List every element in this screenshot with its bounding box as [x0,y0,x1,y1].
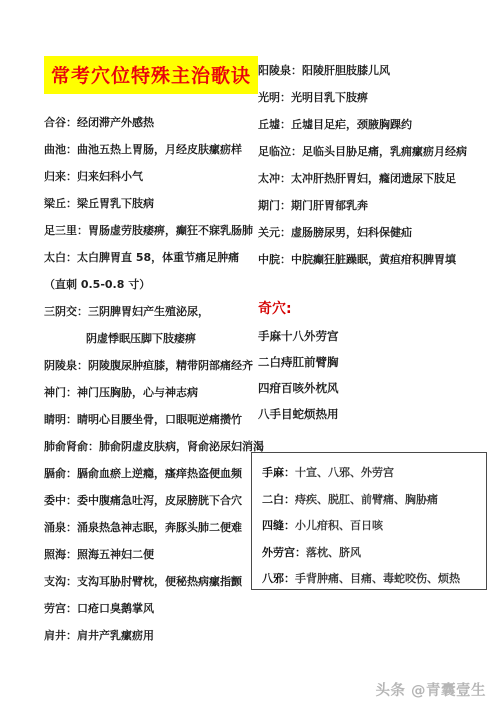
extra-point-line: 四疳百咳外枕风 [258,375,458,401]
point-line-zhaohai: 照海：照海五神妇二便 [44,541,264,568]
summary-row-label: 外劳宫： [262,546,306,559]
toutiao-watermark: 头条 @青囊壹生 [375,679,486,700]
extra-points-heading: 奇穴: [258,298,292,318]
extra-point-line: 手麻十八外劳宫 [258,323,458,349]
point-line-yinlingquan: 阴陵泉：阴陵腹尿肿疸膝，精带阴部痛经齐 [44,352,264,379]
summary-row-content: 小儿疳积、百日咳 [295,519,383,532]
left-column: 合谷：经闭滞产外感热 曲池：曲池五热上胃肠，月经皮肤瘰疬样 归来：归来妇科小气 … [44,109,264,649]
point-line-guilai: 归来：归来妇科小气 [44,163,264,190]
point-line-taibai: 太白：太白脾胃直 58，体重节痛足肿痛 [44,244,264,271]
point-line-weizhong: 委中：委中腹痛急吐泻，皮尿膀胱下合穴 [44,487,264,514]
point-line-jianjing: 肩井：肩井产乳瘰疬用 [44,622,264,649]
extra-points-summary-box: 手麻：十宣、八邪、外劳宫 二白：痔疾、脱肛、前臂痛、胸胁痛 四缝：小儿疳积、百日… [251,452,487,590]
summary-row: 四缝：小儿疳积、百日咳 [262,513,476,540]
point-line-geshu: 膈俞：膈俞血瘀上逆瘾，瘙痒热盗便血频 [44,460,264,487]
point-line-taichong: 太冲：太冲肝热肝胃妇，癃闭遗尿下肢足 [258,165,493,192]
summary-row-label: 八邪： [262,572,295,585]
point-line-jingming: 睛明：睛明心目腰坐骨，口眼呃逆痛攒竹 [44,406,264,433]
summary-row: 二白：痔疾、脱肛、前臂痛、胸胁痛 [262,487,476,514]
point-line-zhigou: 支沟：支沟耳胁肘臂枕，便秘热病瘰指颤 [44,568,264,595]
point-line-feishu-shenshu: 肺俞肾俞：肺俞阴虚皮肤病，肾俞泌尿妇消渴 [44,433,264,460]
point-line-zhongwan: 中脘：中脘癫狂脏躁眠，黄疸疳积脾胃填 [258,246,493,273]
summary-row-label: 手麻： [262,466,295,479]
page-title: 常考穴位特殊主治歌诀 [44,56,258,94]
document-page: 常考穴位特殊主治歌诀 合谷：经闭滞产外感热 曲池：曲池五热上胃肠，月经皮肤瘰疬样… [0,0,500,707]
summary-row-label: 二白： [262,493,295,506]
point-line-guangming: 光明：光明目乳下肢痹 [258,84,493,111]
point-line-liangqiu: 梁丘：梁丘胃乳下肢病 [44,190,264,217]
summary-row: 外劳宫：落枕、脐风 [262,540,476,567]
point-line-taibai-note: （直刺 0.5-0.8 寸） [44,271,264,298]
point-line-shenmen: 神门：神门压胸胁，心与神志病 [44,379,264,406]
extra-points-list: 手麻十八外劳宫 二白痔肛前臂胸 四疳百咳外枕风 八手目蛇烦热用 [258,323,458,427]
point-line-quchi: 曲池：曲池五热上胃肠，月经皮肤瘰疬样 [44,136,264,163]
point-line-laogong: 劳宫：口疮口臭鹅掌风 [44,595,264,622]
point-line-sanyinjiao: 三阴交：三阴脾胃妇产生殖泌尿， [44,298,264,325]
right-column: 阳陵泉：阳陵肝胆肢膝儿风 光明：光明目乳下肢痹 丘墟：丘墟目足疟，颈腋胸踝约 足… [258,57,493,273]
point-line-zulinqi: 足临泣：足临头目胁足痛，乳痈瘰疬月经病 [258,138,493,165]
point-line-qimen: 期门：期门肝胃郁乳奔 [258,192,493,219]
summary-row: 手麻：十宣、八邪、外劳宫 [262,460,476,487]
point-line-hegu: 合谷：经闭滞产外感热 [44,109,264,136]
point-line-qiuxu: 丘墟：丘墟目足疟，颈腋胸踝约 [258,111,493,138]
summary-row-content: 手背肿痛、目痛、毒蛇咬伤、烦热 [295,572,460,585]
summary-row: 八邪：手背肿痛、目痛、毒蛇咬伤、烦热 [262,566,476,593]
point-line-zusanli: 足三里：胃肠虚劳肢痿痹，癫狂不寐乳肠肺 [44,217,264,244]
point-line-guanyuan: 关元：虚肠膀尿男，妇科保健疝 [258,219,493,246]
point-line-yongquan: 涌泉：涌泉热急神志眠，奔豚头肺二便难 [44,514,264,541]
point-line-sanyinjiao-cont: 阴虚悸眠压脚下肢痿痹 [44,325,264,352]
summary-row-label: 四缝： [262,519,295,532]
point-line-yanglingquan: 阳陵泉：阳陵肝胆肢膝儿风 [258,57,493,84]
summary-row-content: 十宣、八邪、外劳宫 [295,466,394,479]
extra-point-line: 二白痔肛前臂胸 [258,349,458,375]
summary-row-content: 痔疾、脱肛、前臂痛、胸胁痛 [295,493,438,506]
summary-row-content: 落枕、脐风 [306,546,361,559]
extra-point-line: 八手目蛇烦热用 [258,401,458,427]
